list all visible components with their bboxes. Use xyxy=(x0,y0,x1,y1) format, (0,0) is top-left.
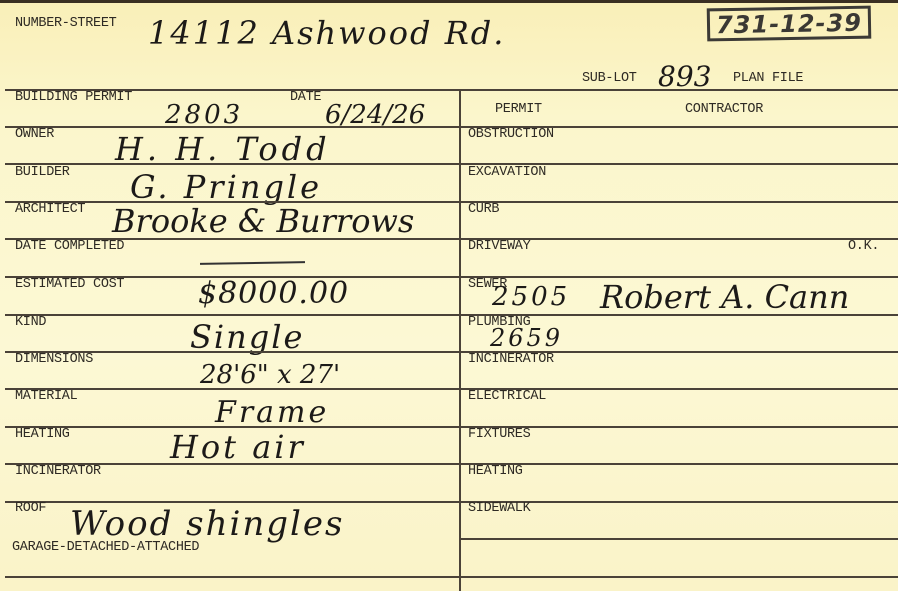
plumbing-permit: 2659 xyxy=(490,324,563,352)
divider xyxy=(5,501,898,503)
divider xyxy=(5,388,898,390)
building-permit-label: BUILDING PERMIT xyxy=(15,90,132,105)
garage-label: GARAGE-DETACHED-ATTACHED xyxy=(12,540,199,555)
dimensions-label: DIMENSIONS xyxy=(15,352,93,367)
card-top-edge xyxy=(0,0,898,3)
divider xyxy=(5,163,898,165)
number-street-label: NUMBER-STREET xyxy=(15,16,116,31)
roof-value: Wood shingles xyxy=(70,504,344,544)
heating-permit-label: HEATING xyxy=(468,464,523,479)
sewer-contractor: Robert A. Cann xyxy=(600,278,849,316)
plan-file-label: PLAN FILE xyxy=(733,71,803,86)
incinerator-label: INCINERATOR xyxy=(15,464,101,479)
divider xyxy=(5,463,898,465)
heating-value: Hot air xyxy=(170,428,306,466)
divider xyxy=(5,89,898,91)
curb-label: CURB xyxy=(468,202,499,217)
contractor-column-header: CONTRACTOR xyxy=(685,102,763,117)
date-label: DATE xyxy=(290,90,321,105)
driveway-note: O.K. xyxy=(848,239,879,254)
divider xyxy=(5,576,898,578)
fixtures-label: FIXTURES xyxy=(468,427,530,442)
roof-label: ROOF xyxy=(15,501,46,516)
permit-column-header: PERMIT xyxy=(495,102,542,117)
sewer-permit: 2505 xyxy=(492,282,570,312)
architect-label: ARCHITECT xyxy=(15,202,85,217)
owner-label: OWNER xyxy=(15,127,54,142)
estimated-cost-label: ESTIMATED COST xyxy=(15,277,124,292)
building-permit-card: NUMBER-STREET 14112 Ashwood Rd. 731-12-3… xyxy=(0,0,898,591)
sub-lot-label: SUB-LOT xyxy=(582,71,637,86)
divider xyxy=(5,126,898,128)
card-number-stamp: 731-12-39 xyxy=(707,6,872,42)
material-label: MATERIAL xyxy=(15,389,77,404)
sidewalk-label: SIDEWALK xyxy=(468,501,530,516)
material-value: Frame xyxy=(215,395,329,430)
divider xyxy=(5,426,898,428)
electrical-label: ELECTRICAL xyxy=(468,389,546,404)
heating-label: HEATING xyxy=(15,427,70,442)
excavation-label: EXCAVATION xyxy=(468,165,546,180)
divider xyxy=(5,238,898,240)
date-completed-dash xyxy=(200,261,305,265)
incinerator-permit-label: INCINERATOR xyxy=(468,352,554,367)
kind-label: KIND xyxy=(15,315,46,330)
obstruction-label: OBSTRUCTION xyxy=(468,127,554,142)
estimated-cost-value: $8000.00 xyxy=(198,276,349,311)
builder-label: BUILDER xyxy=(15,165,70,180)
number-street-value: 14112 Ashwood Rd. xyxy=(148,14,505,52)
architect-value: Brooke & Burrows xyxy=(112,202,414,240)
driveway-label: DRIVEWAY xyxy=(468,239,530,254)
divider xyxy=(5,351,898,353)
divider xyxy=(459,538,898,540)
date-completed-label: DATE COMPLETED xyxy=(15,239,124,254)
dimensions-value: 28'6" x 27' xyxy=(200,360,340,390)
